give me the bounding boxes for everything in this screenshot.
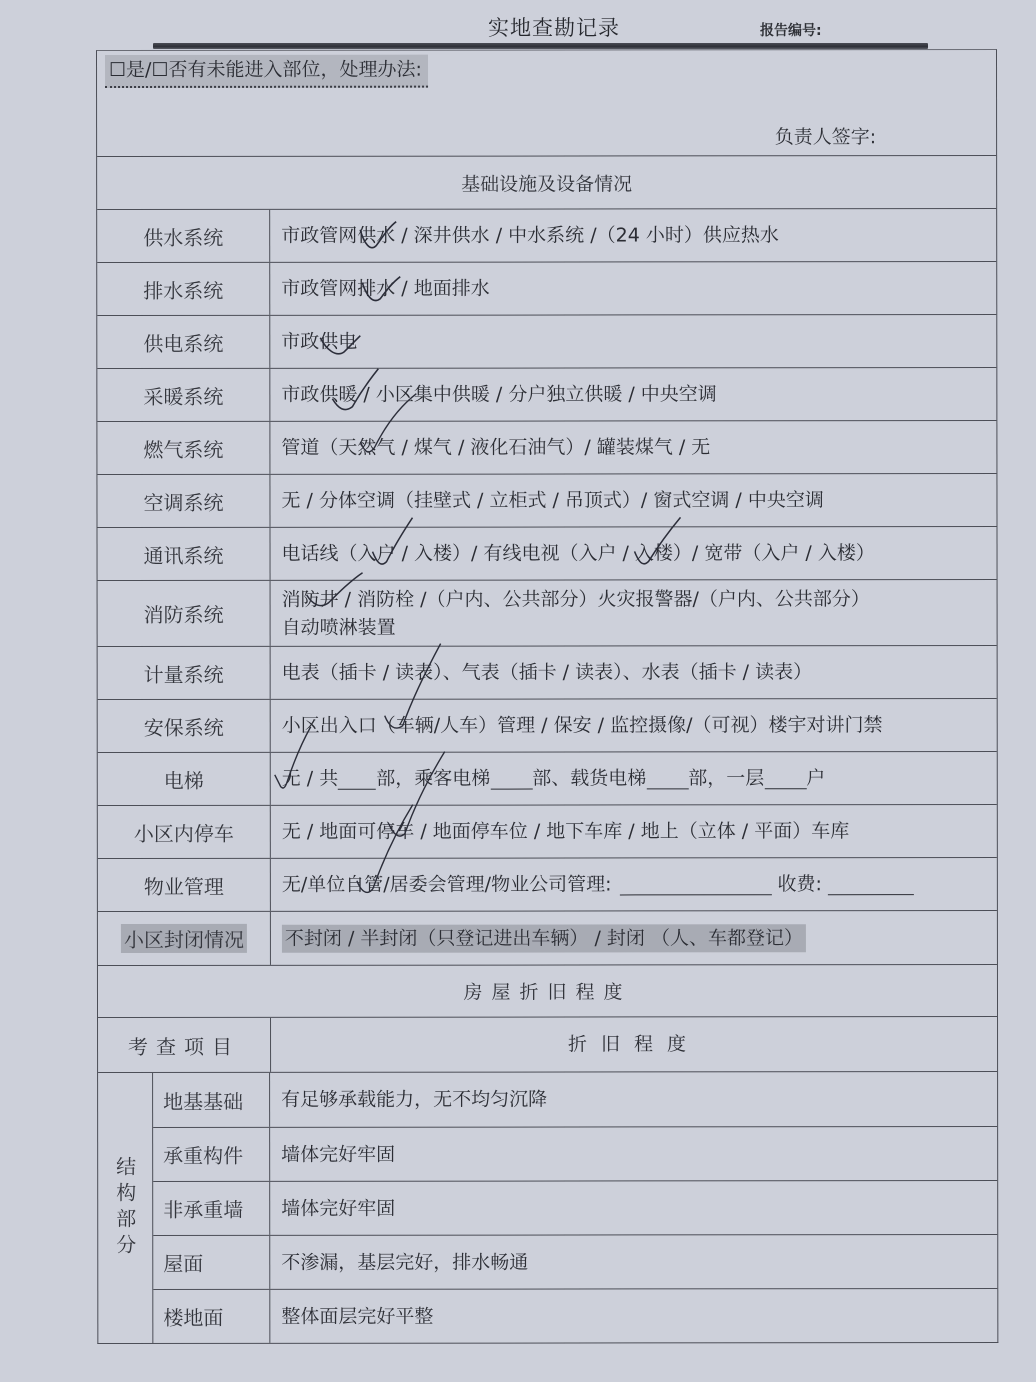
row-value[interactable]: 消防井 / 消防栓 /（户内、公共部分）火灾报警器/（户内、公共部分） 自动喷淋… — [271, 580, 997, 646]
row-label: 电梯 — [98, 753, 271, 805]
table-row-fire-protection: 消防系统 消防井 / 消防栓 /（户内、公共部分）火灾报警器/（户内、公共部分）… — [98, 579, 997, 646]
row-label: 小区内停车 — [98, 806, 271, 858]
elevator-per-floor-text: 部，一层 — [688, 764, 764, 792]
table-row-gas: 燃气系统 管道（天然气 / 煤气 / 液化石油气）/ 罐装煤气 / 无 — [97, 420, 996, 474]
row-value-text: 无 / 分体空调（挂壁式 / 立柜式 / 吊顶式）/ 窗式空调 / 中央空调 — [281, 486, 823, 515]
row-label: 采暖系统 — [97, 369, 270, 421]
row-label: 消防系统 — [98, 581, 271, 646]
row-value[interactable]: 不渗漏，基层完好，排水畅通 — [270, 1235, 997, 1289]
elevator-none-total-text: 无 / 共 — [282, 765, 339, 793]
row-value[interactable]: 无 / 地面可停车 / 地面停车位 / 地下车库 / 地上（立体 / 平面）车库 — [271, 805, 997, 858]
elevator-passenger-text: 部，乘客电梯 — [376, 765, 490, 793]
row-label: 排水系统 — [97, 263, 270, 315]
elevator-household-text: 户 — [806, 764, 825, 792]
row-value-text: 市政供电 — [281, 328, 357, 356]
row-value-text: 管道（天然气 / 煤气 / 液化石油气）/ 罐装煤气 / 无 — [281, 433, 710, 461]
facilities-section-title: 基础设施及设备情况 — [97, 155, 996, 209]
structure-rows: 地基基础 有足够承载能力，无不均匀沉降 承重构件 墙体完好牢固 非承重墙 墙体完… — [153, 1072, 997, 1343]
table-row-communications: 通讯系统 电话线（入户 / 入楼）/ 有线电视（入户 / 入楼）/ 宽带（入户 … — [97, 526, 996, 580]
row-value[interactable]: 墙体完好牢固 — [270, 1127, 997, 1181]
row-value[interactable]: 整体面层完好平整 — [270, 1289, 997, 1343]
elevator-total-blank[interactable] — [338, 768, 376, 789]
depreciation-table-header: 考查项目 折旧程度 — [98, 1016, 997, 1072]
row-value[interactable]: 电话线（入户 / 入楼）/ 有线电视（入户 / 入楼）/ 宽带（入户 / 入楼） — [271, 527, 997, 580]
row-label: 供电系统 — [97, 316, 270, 368]
column-header-item: 考查项目 — [98, 1018, 271, 1072]
row-label: 安保系统 — [98, 700, 271, 752]
row-label: 楼地面 — [153, 1290, 270, 1343]
row-label: 非承重墙 — [153, 1182, 270, 1235]
row-value[interactable]: 有足够承载能力，无不均匀沉降 — [270, 1072, 997, 1127]
table-row-heating: 采暖系统 市政供暖 / 小区集中供暖 / 分户独立供暖 / 中央空调 — [97, 367, 996, 421]
row-value[interactable]: 无/单位自管/居委会管理/物业公司管理: 收费: — [271, 858, 997, 911]
table-row-load-bearing: 承重构件 墙体完好牢固 — [153, 1126, 997, 1181]
signer-label: 负责人签字: — [775, 122, 876, 149]
row-label: 小区封闭情况 — [98, 912, 271, 965]
row-label: 地基基础 — [153, 1073, 270, 1127]
inaccessible-area-notice: ☐是/☐否有未能进入部位，处理办法: 负责人签字: — [97, 50, 996, 156]
column-header-degree: 折旧程度 — [271, 1017, 997, 1072]
row-label: 计量系统 — [98, 647, 271, 699]
row-value-text: 无 / 地面可停车 / 地面停车位 / 地下车库 / 地上（立体 / 平面）车库 — [282, 817, 849, 846]
row-value[interactable]: 无 / 共 部，乘客电梯 部、载货电梯 部，一层 户 — [271, 752, 997, 805]
row-value[interactable]: 市政管网供水 / 深井供水 / 中水系统 /（24 小时）供应热水 — [270, 209, 996, 262]
facilities-title-text: 基础设施及设备情况 — [461, 169, 632, 196]
row-value[interactable]: 小区出入口（车辆/人车）管理 / 保安 / 监控摄像/（可视）楼宇对讲门禁 — [271, 699, 997, 752]
row-value-text: 消防井 / 消防栓 /（户内、公共部分）火灾报警器/（户内、公共部分） — [282, 585, 870, 614]
row-value[interactable]: 墙体完好牢固 — [270, 1181, 997, 1235]
table-row-roof: 屋面 不渗漏，基层完好，排水畅通 — [153, 1234, 997, 1289]
table-row-metering: 计量系统 电表（插卡 / 读表）、气表（插卡 / 读表）、水表（插卡 / 读表） — [98, 645, 997, 699]
row-value[interactable]: 市政供暖 / 小区集中供暖 / 分户独立供暖 / 中央空调 — [270, 368, 996, 421]
table-row-floor: 楼地面 整体面层完好平整 — [153, 1288, 997, 1343]
highlighted-value: 不封闭 / 半封闭（只登记进出车辆） / 封闭 （人、车都登记） — [282, 924, 806, 953]
inspection-form: ☐是/☐否有未能进入部位，处理办法: 负责人签字: 基础设施及设备情况 供水系统… — [96, 49, 998, 1344]
row-value-text: 市政管网供水 / 深井供水 / 中水系统 /（24 小时）供应热水 — [281, 221, 779, 250]
depreciation-title-text: 房屋折旧程度 — [463, 977, 631, 1004]
table-row-non-load-bearing-wall: 非承重墙 墙体完好牢固 — [153, 1180, 997, 1235]
table-row-parking: 小区内停车 无 / 地面可停车 / 地面停车位 / 地下车库 / 地上（立体 /… — [98, 804, 997, 858]
management-company-blank[interactable] — [619, 874, 771, 895]
depreciation-section-title: 房屋折旧程度 — [98, 964, 997, 1017]
table-row-foundation: 地基基础 有足够承载能力，无不均匀沉降 — [153, 1072, 997, 1127]
row-label: 物业管理 — [98, 859, 271, 911]
fee-blank[interactable] — [828, 874, 914, 895]
row-value[interactable]: 无 / 分体空调（挂壁式 / 立柜式 / 吊顶式）/ 窗式空调 / 中央空调 — [270, 474, 996, 527]
table-row-security: 安保系统 小区出入口（车辆/人车）管理 / 保安 / 监控摄像/（可视）楼宇对讲… — [98, 698, 997, 752]
row-value[interactable]: 市政供电 — [270, 315, 996, 368]
row-value-text: 无/单位自管/居委会管理/物业公司管理: — [282, 870, 612, 898]
row-value-text: 市政供暖 / 小区集中供暖 / 分户独立供暖 / 中央空调 — [281, 380, 716, 408]
row-label: 通讯系统 — [98, 528, 271, 580]
elevator-per-floor-blank[interactable] — [764, 768, 806, 789]
highlighted-label: 小区封闭情况 — [121, 924, 247, 953]
table-row-drainage: 排水系统 市政管网排水 / 地面排水 — [97, 261, 996, 315]
row-label: 供水系统 — [97, 210, 270, 262]
elevator-passenger-blank[interactable] — [490, 768, 532, 789]
structure-group: 结构部分 地基基础 有足够承载能力，无不均匀沉降 承重构件 墙体完好牢固 非承重… — [98, 1071, 997, 1343]
row-value[interactable]: 市政管网排水 / 地面排水 — [270, 262, 996, 315]
report-number-label: 报告编号: — [760, 20, 822, 40]
table-row-power-supply: 供电系统 市政供电 — [97, 314, 996, 368]
row-value[interactable]: 不封闭 / 半封闭（只登记进出车辆） / 封闭 （人、车都登记） — [271, 911, 997, 965]
row-value-text-line2: 自动喷淋装置 — [282, 613, 396, 641]
table-row-air-conditioning: 空调系统 无 / 分体空调（挂壁式 / 立柜式 / 吊顶式）/ 窗式空调 / 中… — [97, 473, 996, 527]
row-value-text: 市政管网排水 / 地面排水 — [281, 275, 490, 303]
table-row-water-supply: 供水系统 市政管网供水 / 深井供水 / 中水系统 /（24 小时）供应热水 — [97, 208, 996, 262]
table-row-property-management: 物业管理 无/单位自管/居委会管理/物业公司管理: 收费: — [98, 857, 997, 911]
row-label: 燃气系统 — [97, 422, 270, 474]
row-value-text: 电话线（入户 / 入楼）/ 有线电视（入户 / 入楼）/ 宽带（入户 / 入楼） — [282, 539, 875, 568]
row-value-text: 小区出入口（车辆/人车）管理 / 保安 / 监控摄像/（可视）楼宇对讲门禁 — [282, 711, 883, 740]
inaccessible-area-question[interactable]: ☐是/☐否有未能进入部位，处理办法: — [105, 55, 428, 88]
page-title: 实地查勘记录 — [488, 12, 620, 42]
row-label: 屋面 — [153, 1236, 270, 1289]
row-label: 空调系统 — [97, 475, 270, 527]
row-value[interactable]: 电表（插卡 / 读表）、气表（插卡 / 读表）、水表（插卡 / 读表） — [271, 646, 997, 699]
row-value[interactable]: 管道（天然气 / 煤气 / 液化石油气）/ 罐装煤气 / 无 — [270, 421, 996, 474]
table-row-enclosure: 小区封闭情况 不封闭 / 半封闭（只登记进出车辆） / 封闭 （人、车都登记） — [98, 910, 997, 965]
row-label: 承重构件 — [153, 1128, 270, 1181]
elevator-freight-blank[interactable] — [646, 768, 688, 789]
table-row-elevator: 电梯 无 / 共 部，乘客电梯 部、载货电梯 部，一层 户 — [98, 751, 997, 805]
elevator-freight-text: 部、载货电梯 — [532, 764, 646, 792]
structure-group-label: 结构部分 — [98, 1073, 153, 1343]
fee-label: 收费: — [777, 870, 821, 898]
row-value-text: 电表（插卡 / 读表）、气表（插卡 / 读表）、水表（插卡 / 读表） — [282, 658, 812, 687]
header-rule — [153, 43, 928, 49]
